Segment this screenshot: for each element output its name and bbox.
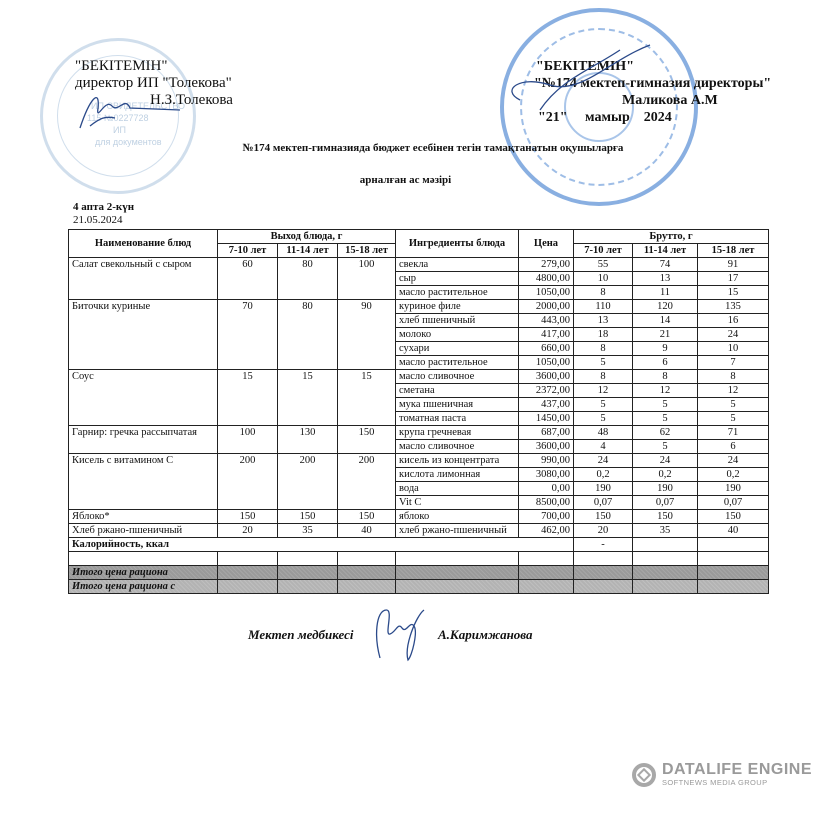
watermark: DATALIFE ENGINE SOFTNEWS MEDIA GROUP — [632, 762, 812, 787]
dish-yield: 60 — [218, 258, 278, 300]
ingredient-gross: 5 — [633, 412, 698, 426]
total-row: Итого цена рациона — [69, 566, 769, 580]
ingredient-gross: 0,07 — [698, 496, 769, 510]
total-cell — [633, 580, 698, 594]
total-cell — [396, 566, 519, 580]
ingredient-price: 462,00 — [519, 524, 574, 538]
ingredient-name: мука пшеничная — [396, 398, 519, 412]
dish-name: Кисель с витамином С — [69, 454, 218, 510]
empty-cell — [698, 552, 769, 566]
ingredient-gross: 62 — [633, 426, 698, 440]
ingredient-name: свекла — [396, 258, 519, 272]
dish-name: Соус — [69, 370, 218, 426]
ingredient-name: томатная паста — [396, 412, 519, 426]
header-gross-age-7-10: 7-10 лет — [574, 244, 633, 258]
empty-cell — [278, 552, 338, 566]
ingredient-price: 3600,00 — [519, 440, 574, 454]
date-label: 21.05.2024 — [73, 214, 123, 226]
total-cell — [338, 566, 396, 580]
empty-cell — [338, 552, 396, 566]
footer-name: А.Каримжанова — [438, 627, 533, 643]
dish-yield: 35 — [278, 524, 338, 538]
ingredient-gross: 8 — [574, 370, 633, 384]
ingredient-gross: 15 — [698, 286, 769, 300]
ingredient-gross: 11 — [633, 286, 698, 300]
total-cell — [278, 580, 338, 594]
ingredient-gross: 20 — [574, 524, 633, 538]
dish-yield: 20 — [218, 524, 278, 538]
ingredient-gross: 5 — [574, 412, 633, 426]
ingredient-price: 437,00 — [519, 398, 574, 412]
dish-yield: 15 — [338, 370, 396, 426]
dish-yield: 100 — [218, 426, 278, 454]
ingredient-price: 1450,00 — [519, 412, 574, 426]
table-row: Соус151515масло сливочное3600,00888 — [69, 370, 769, 384]
ingredient-name: масло сливочное — [396, 440, 519, 454]
ingredient-name: масло сливочное — [396, 370, 519, 384]
ingredient-gross: 24 — [698, 454, 769, 468]
calories-row: Калорийность, ккал - — [69, 538, 769, 552]
dish-yield: 100 — [338, 258, 396, 300]
dish-name: Яблоко* — [69, 510, 218, 524]
ingredient-gross: 6 — [633, 356, 698, 370]
dish-yield: 80 — [278, 258, 338, 300]
ingredient-gross: 0,07 — [574, 496, 633, 510]
calories-value: - — [574, 538, 633, 552]
ingredient-gross: 12 — [574, 384, 633, 398]
ingredient-gross: 5 — [633, 398, 698, 412]
total-cell — [574, 580, 633, 594]
ingredient-name: Vit C — [396, 496, 519, 510]
ingredient-price: 4800,00 — [519, 272, 574, 286]
ingredient-gross: 40 — [698, 524, 769, 538]
datalife-logo-icon — [632, 763, 656, 787]
dish-yield: 200 — [338, 454, 396, 510]
watermark-subtitle: SOFTNEWS MEDIA GROUP — [662, 778, 812, 787]
ingredient-price: 660,00 — [519, 342, 574, 356]
ingredient-name: сметана — [396, 384, 519, 398]
ingredient-gross: 190 — [698, 482, 769, 496]
header-yield: Выход блюда, г — [218, 230, 396, 244]
ingredient-gross: 7 — [698, 356, 769, 370]
total-cell — [633, 566, 698, 580]
total-cell — [218, 580, 278, 594]
ingredient-gross: 12 — [698, 384, 769, 398]
ingredient-gross: 4 — [574, 440, 633, 454]
menu-table: Наименование блюд Выход блюда, г Ингреди… — [68, 229, 769, 594]
ingredient-gross: 6 — [698, 440, 769, 454]
total-cell — [519, 580, 574, 594]
total-label-2: Итого цена рациона с — [69, 580, 218, 594]
empty-cell — [633, 552, 698, 566]
dish-yield: 15 — [278, 370, 338, 426]
ingredient-gross: 135 — [698, 300, 769, 314]
dish-yield: 150 — [338, 426, 396, 454]
ingredient-price: 700,00 — [519, 510, 574, 524]
dish-yield: 15 — [218, 370, 278, 426]
empty-cell — [519, 552, 574, 566]
signature-left-icon — [70, 88, 190, 133]
calories-value — [633, 538, 698, 552]
ingredient-price: 3600,00 — [519, 370, 574, 384]
ingredient-price: 2000,00 — [519, 300, 574, 314]
ingredient-gross: 190 — [574, 482, 633, 496]
ingredient-price: 443,00 — [519, 314, 574, 328]
ingredient-name: вода — [396, 482, 519, 496]
ingredient-gross: 0,2 — [698, 468, 769, 482]
ingredient-gross: 13 — [633, 272, 698, 286]
signature-right-icon — [500, 40, 660, 120]
total-label: Итого цена рациона — [69, 566, 218, 580]
ingredient-name: хлеб пшеничный — [396, 314, 519, 328]
dish-yield: 70 — [218, 300, 278, 370]
ingredient-gross: 14 — [633, 314, 698, 328]
total-row-2: Итого цена рациона с — [69, 580, 769, 594]
ingredient-gross: 0,2 — [633, 468, 698, 482]
ingredient-gross: 24 — [633, 454, 698, 468]
ingredient-gross: 5 — [574, 398, 633, 412]
ingredient-gross: 5 — [574, 356, 633, 370]
empty-cell — [69, 552, 218, 566]
ingredient-name: сыр — [396, 272, 519, 286]
ingredient-gross: 21 — [633, 328, 698, 342]
watermark-title: DATALIFE ENGINE — [662, 762, 812, 778]
dish-yield: 90 — [338, 300, 396, 370]
ingredient-gross: 48 — [574, 426, 633, 440]
ingredient-gross: 55 — [574, 258, 633, 272]
empty-cell — [218, 552, 278, 566]
ingredient-name: куриное филе — [396, 300, 519, 314]
table-row: Гарнир: гречка рассыпчатая100130150крупа… — [69, 426, 769, 440]
total-cell — [698, 566, 769, 580]
header-yield-age-7-10: 7-10 лет — [218, 244, 278, 258]
ingredient-gross: 8 — [633, 370, 698, 384]
ingredient-gross: 5 — [698, 412, 769, 426]
approval-left-heading: "БЕКІТЕМІН" — [75, 58, 233, 75]
empty-cell — [574, 552, 633, 566]
ingredient-gross: 0,2 — [574, 468, 633, 482]
ingredient-gross: 150 — [633, 510, 698, 524]
dish-name: Биточки куриные — [69, 300, 218, 370]
dish-name: Гарнир: гречка рассыпчатая — [69, 426, 218, 454]
header-yield-age-11-14: 11-14 лет — [278, 244, 338, 258]
ingredient-gross: 150 — [574, 510, 633, 524]
ingredient-name: кисель из концентрата — [396, 454, 519, 468]
total-cell — [278, 566, 338, 580]
ingredient-name: крупа гречневая — [396, 426, 519, 440]
ingredient-price: 8500,00 — [519, 496, 574, 510]
total-cell — [698, 580, 769, 594]
ingredient-price: 0,00 — [519, 482, 574, 496]
dish-yield: 150 — [278, 510, 338, 524]
dish-yield: 150 — [338, 510, 396, 524]
document-subtitle: арналған ас мәзірі — [228, 174, 583, 186]
ingredient-gross: 110 — [574, 300, 633, 314]
total-cell — [338, 580, 396, 594]
total-cell — [396, 580, 519, 594]
ingredient-gross: 190 — [633, 482, 698, 496]
dish-name: Салат свекольный с сыром — [69, 258, 218, 300]
empty-row — [69, 552, 769, 566]
ingredient-name: сухари — [396, 342, 519, 356]
ingredient-price: 417,00 — [519, 328, 574, 342]
ingredient-name: масло растительное — [396, 286, 519, 300]
calories-value — [698, 538, 769, 552]
ingredient-gross: 9 — [633, 342, 698, 356]
ingredient-price: 3080,00 — [519, 468, 574, 482]
empty-cell — [396, 552, 519, 566]
ingredient-gross: 0,07 — [633, 496, 698, 510]
signature-nurse-icon — [372, 606, 428, 662]
total-cell — [218, 566, 278, 580]
ingredient-price: 279,00 — [519, 258, 574, 272]
dish-name: Хлеб ржано-пшеничный — [69, 524, 218, 538]
header-dish-name: Наименование блюд — [69, 230, 218, 258]
header-gross: Брутто, г — [574, 230, 769, 244]
ingredient-gross: 5 — [698, 398, 769, 412]
ingredient-price: 687,00 — [519, 426, 574, 440]
ingredient-gross: 71 — [698, 426, 769, 440]
table-row: Салат свекольный с сыром6080100свекла279… — [69, 258, 769, 272]
ingredient-gross: 8 — [574, 342, 633, 356]
table-row: Хлеб ржано-пшеничный203540хлеб ржано-пше… — [69, 524, 769, 538]
total-cell — [574, 566, 633, 580]
table-row: Биточки куриные708090куриное филе2000,00… — [69, 300, 769, 314]
ingredient-price: 2372,00 — [519, 384, 574, 398]
header-price: Цена — [519, 230, 574, 258]
ingredient-gross: 91 — [698, 258, 769, 272]
ingredient-gross: 12 — [633, 384, 698, 398]
ingredient-gross: 5 — [633, 440, 698, 454]
ingredient-gross: 18 — [574, 328, 633, 342]
dish-yield: 150 — [218, 510, 278, 524]
total-cell — [519, 566, 574, 580]
table-row: Яблоко*150150150яблоко700,00150150150 — [69, 510, 769, 524]
header-gross-age-15-18: 15-18 лет — [698, 244, 769, 258]
week-day-label: 4 апта 2-күн — [73, 201, 134, 213]
ingredient-name: масло растительное — [396, 356, 519, 370]
dish-yield: 200 — [278, 454, 338, 510]
dish-yield: 80 — [278, 300, 338, 370]
table-row: Кисель с витамином С200200200кисель из к… — [69, 454, 769, 468]
ingredient-price: 990,00 — [519, 454, 574, 468]
ingredient-name: хлеб ржано-пшеничный — [396, 524, 519, 538]
dish-yield: 130 — [278, 426, 338, 454]
dish-yield: 40 — [338, 524, 396, 538]
ingredient-gross: 120 — [633, 300, 698, 314]
ingredient-name: кислота лимонная — [396, 468, 519, 482]
ingredient-gross: 13 — [574, 314, 633, 328]
ingredient-gross: 10 — [574, 272, 633, 286]
header-ingredients: Ингредиенты блюда — [396, 230, 519, 258]
ingredient-gross: 8 — [574, 286, 633, 300]
ingredient-gross: 10 — [698, 342, 769, 356]
document-title: №174 мектеп-гимназияда бюджет есебінен т… — [228, 142, 638, 154]
ingredient-price: 1050,00 — [519, 356, 574, 370]
calories-label: Калорийность, ккал — [69, 538, 574, 552]
ingredient-name: яблоко — [396, 510, 519, 524]
ingredient-gross: 24 — [698, 328, 769, 342]
header-yield-age-15-18: 15-18 лет — [338, 244, 396, 258]
ingredient-gross: 74 — [633, 258, 698, 272]
stamp-text: для документов — [95, 137, 162, 147]
ingredient-gross: 150 — [698, 510, 769, 524]
ingredient-gross: 24 — [574, 454, 633, 468]
dish-yield: 200 — [218, 454, 278, 510]
ingredient-price: 1050,00 — [519, 286, 574, 300]
header-gross-age-11-14: 11-14 лет — [633, 244, 698, 258]
ingredient-gross: 8 — [698, 370, 769, 384]
ingredient-name: молоко — [396, 328, 519, 342]
ingredient-gross: 35 — [633, 524, 698, 538]
footer-role: Мектеп медбикесі — [248, 627, 353, 643]
menu-body: Салат свекольный с сыром6080100свекла279… — [69, 258, 769, 538]
ingredient-gross: 16 — [698, 314, 769, 328]
ingredient-gross: 17 — [698, 272, 769, 286]
